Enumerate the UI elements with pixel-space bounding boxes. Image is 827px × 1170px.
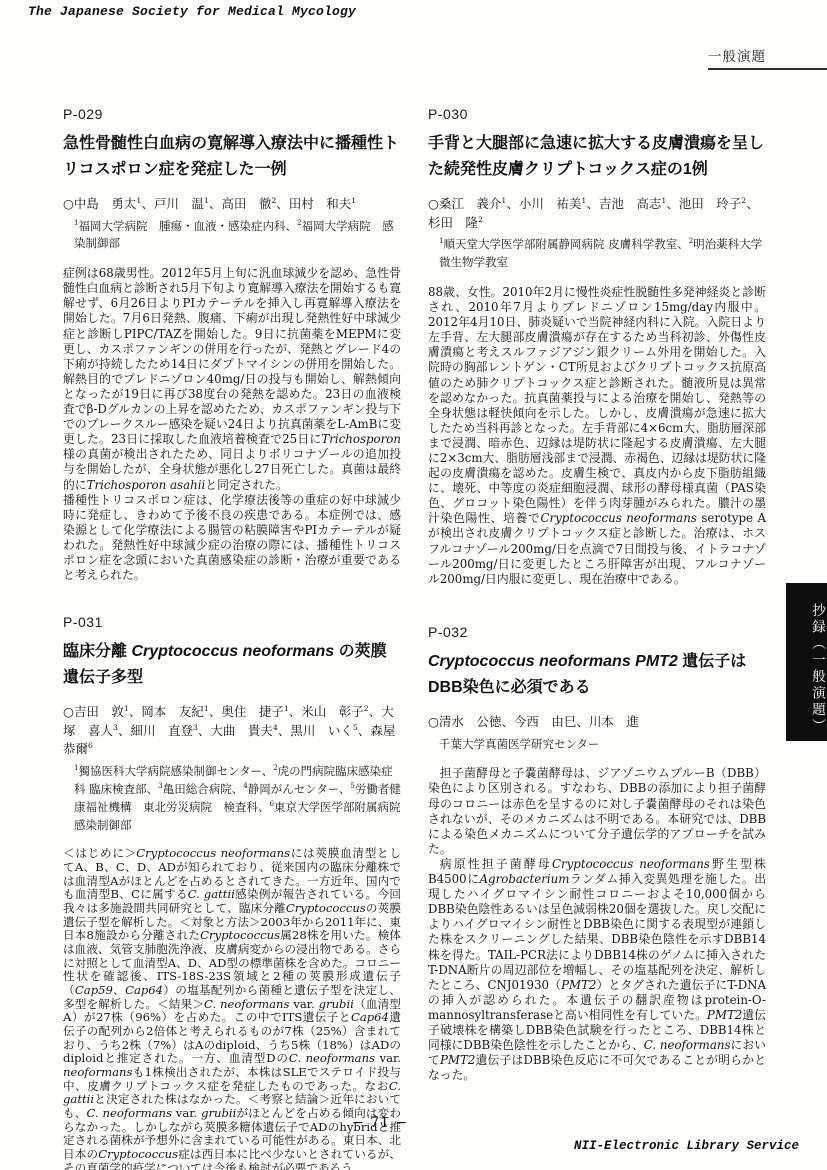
abstract-authors: ○吉田 敦1、岡本 友紀1、奥住 捷子1、米山 彰子2、大塚 喜人3、細川 直登… [63,703,401,759]
abstract-body: 症例は68歳男性。2012年5月上旬に汎血球減少を認め、急性骨髄性白血病と診断さ… [63,266,401,583]
body-paragraph: 播種性トリコスポロン症は、化学療法後等の重症の好中球減少時に発症し、きわめて予後… [63,493,401,584]
section-label: 一般演題 [708,45,827,70]
body-paragraph: 88歳、女性。2010年2月に慢性炎症性脱髄性多発神経炎と診断され、2010年7… [428,285,766,587]
abstract-number: P-029 [63,106,401,122]
body-paragraph: 病原性担子菌酵母Cryptococcus neoformans野生型株B4500… [428,857,766,1083]
abstract-number: P-031 [63,614,401,630]
abstract-p032: P-032 Cryptococcus neoformans PMT2 遺伝子はD… [428,624,766,1083]
abstract-title: 急性骨髄性白血病の寛解導入療法中に播種性トリコスポロン症を発症した一例 [63,131,401,183]
section-label-text: 一般演題 [708,49,766,64]
abstract-authors: ○中島 勇太1、戸川 温1、高田 徹2、田村 和夫1 [63,195,401,214]
abstract-body: 担子菌酵母と子嚢菌酵母は、ジアゾニウムブルーB（DBB）染色により区別される。す… [428,766,766,1083]
abstract-affiliations: 1獨協医科大学病院感染制御センター、2虎の門病院臨床感染症科 臨床検査部、3亀田… [63,763,401,834]
body-paragraph: 症例は68歳男性。2012年5月上旬に汎血球減少を認め、急性骨髄性白血病と診断さ… [63,266,401,492]
abstract-title: Cryptococcus neoformans PMT2 遺伝子はDBB染色に必… [428,649,766,701]
abstract-body: 88歳、女性。2010年2月に慢性炎症性脱髄性多発神経炎と診断され、2010年7… [428,285,766,587]
abstract-authors: ○桑江 義介1、小川 祐美1、吉池 高志1、池田 玲子2、杉田 隆2 [428,195,766,233]
page-number: − 71 − [352,1115,408,1131]
abstract-affiliations: 千葉大学真菌医学研究センター [428,736,766,754]
abstract-authors: ○清水 公徳、今西 由巳、川本 進 [428,713,766,732]
abstract-title: 手背と大腿部に急速に拡大する皮膚潰瘍を呈した続発性皮膚クリプトコックス症の1例 [428,131,766,183]
abstract-p031: P-031 臨床分離 Cryptococcus neoformans の莢膜遺伝… [63,614,401,1170]
side-tab-label: 抄録（一般演題） [786,603,827,735]
abstract-title: 臨床分離 Cryptococcus neoformans の莢膜遺伝子多型 [63,639,401,691]
body-paragraph: ＜はじめに＞Cryptococcus neoformansには莢膜血清型としてA… [63,847,401,1170]
scanned-abstract-page: The Japanese Society for Medical Mycolog… [0,0,827,1170]
abstract-number: P-030 [428,106,766,122]
journal-header: The Japanese Society for Medical Mycolog… [28,4,356,19]
abstract-p030: P-030 手背と大腿部に急速に拡大する皮膚潰瘍を呈した続発性皮膚クリプトコック… [428,106,766,587]
body-paragraph: 担子菌酵母と子嚢菌酵母は、ジアゾニウムブルーB（DBB）染色により区別される。す… [428,766,766,857]
abstract-body: ＜はじめに＞Cryptococcus neoformansには莢膜血清型としてA… [63,847,401,1170]
abstract-affiliations: 1順天堂大学医学部附属静岡病院 皮膚科学教室、2明治薬科大学微生物学教室 [428,236,766,272]
abstract-number: P-032 [428,624,766,640]
nii-service-label: NII-Electronic Library Service [574,1139,799,1153]
abstract-affiliations: 1福岡大学病院 腫瘍・血液・感染症内科、2福岡大学病院 感染制御部 [63,218,401,254]
section-side-tab: 抄録（一般演題） [786,583,827,741]
abstract-p029: P-029 急性骨髄性白血病の寛解導入療法中に播種性トリコスポロン症を発症した一… [63,106,401,583]
